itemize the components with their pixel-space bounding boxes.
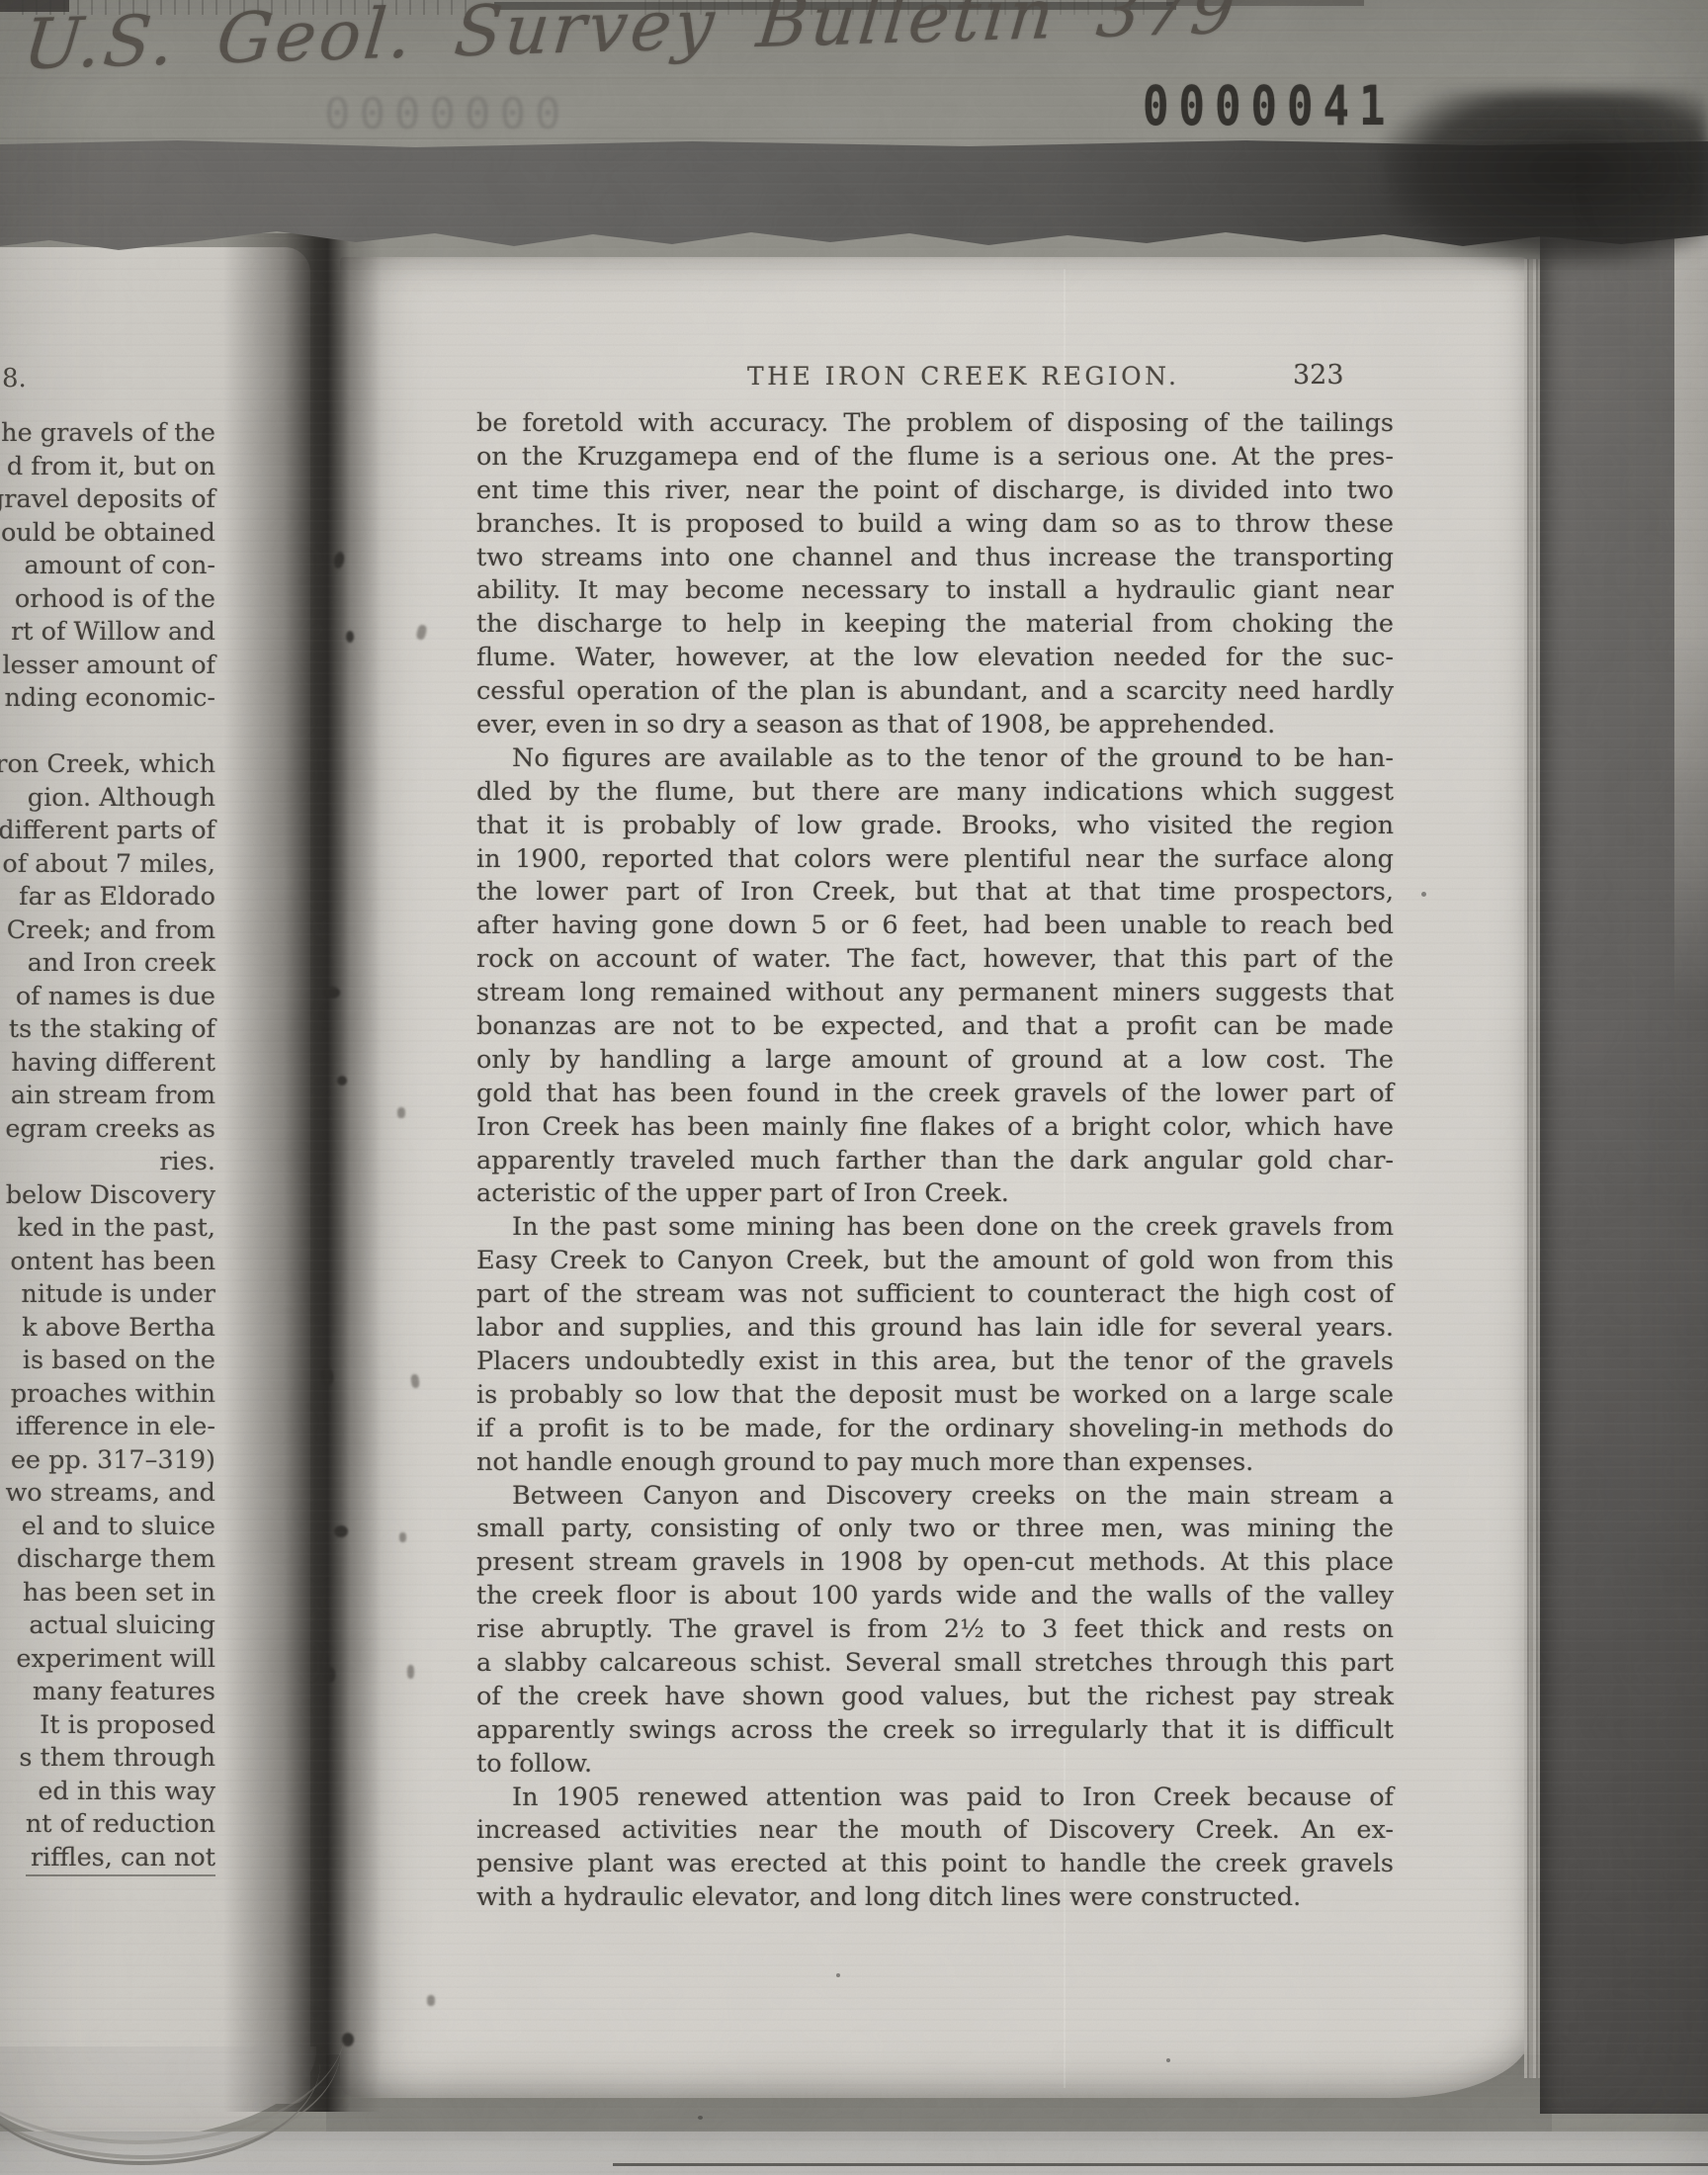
- ink-blob: [334, 1525, 348, 1537]
- ink-blob: [325, 1667, 335, 1683]
- body-line: rise abruptly. The gravel is from 2½ to …: [476, 1613, 1394, 1647]
- left-page-line: ked in the past,: [0, 1212, 215, 1246]
- body-line: present stream gravels in 1908 by open-c…: [476, 1546, 1394, 1580]
- body-line: cessful operation of the plan is abundan…: [476, 675, 1394, 709]
- body-line: branches. It is proposed to build a wing…: [476, 508, 1394, 542]
- left-page-line: could be obtained: [0, 517, 215, 551]
- body-line: the creek floor is about 100 yards wide …: [476, 1580, 1394, 1613]
- left-page-line: orhood is of the: [0, 583, 215, 617]
- left-page-line: discharge them: [0, 1543, 215, 1577]
- scanned-document-page: U.S. Geol. Survey Bulletin 379 0000000 0…: [0, 0, 1708, 2175]
- scan-speck: [698, 2116, 703, 2120]
- footnote-rule: [26, 1874, 215, 1876]
- left-page-line: nitude is under: [0, 1278, 215, 1312]
- left-page-line: amount of con-: [0, 550, 215, 583]
- left-page-line: It is proposed: [0, 1709, 215, 1743]
- left-page-line: wo streams, and: [0, 1477, 215, 1511]
- left-page-line: nt of reduction: [0, 1808, 215, 1842]
- body-line: if a profit is to be made, for the ordin…: [476, 1413, 1394, 1446]
- left-page-line: has been set in: [0, 1577, 215, 1610]
- margin-mark: [427, 1995, 435, 2006]
- left-page-line: gion. Although: [0, 782, 215, 816]
- left-page-line: lesser amount of: [0, 650, 215, 683]
- body-line: dled by the flume, but there are many in…: [476, 776, 1394, 810]
- body-line: ability. It may become necessary to inst…: [476, 574, 1394, 608]
- body-line: flume. Water, however, at the low elevat…: [476, 642, 1394, 675]
- body-line: is probably so low that the deposit must…: [476, 1379, 1394, 1413]
- body-line: two streams into one channel and thus in…: [476, 542, 1394, 575]
- body-text-column: be foretold with accuracy. The problem o…: [476, 407, 1394, 1915]
- left-page-line: ifference in ele-: [0, 1411, 215, 1444]
- body-line: In the past some mining has been done on…: [476, 1211, 1394, 1245]
- left-page-line: many features: [0, 1676, 215, 1709]
- left-page-line: of names is due: [0, 981, 215, 1014]
- left-page-line: [0, 716, 215, 749]
- left-page-text-column: he gravels of thed from it, but ongravel…: [0, 417, 215, 1874]
- scan-speck: [1166, 2058, 1170, 2062]
- body-line: labor and supplies, and this ground has …: [476, 1312, 1394, 1346]
- left-page-line: ries.: [0, 1146, 215, 1179]
- body-line: rock on account of water. The fact, howe…: [476, 943, 1394, 977]
- left-page-line: Creek; and from: [0, 914, 215, 948]
- body-line: stream long remained without any permane…: [476, 977, 1394, 1010]
- left-page-line: having different: [0, 1047, 215, 1081]
- body-line: gold that has been found in the creek gr…: [476, 1078, 1394, 1111]
- margin-mark: [407, 1665, 414, 1679]
- left-page-line: experiment will: [0, 1643, 215, 1677]
- left-page-line: far as Eldorado: [0, 881, 215, 914]
- left-page-line: proaches within: [0, 1378, 215, 1412]
- body-line: part of the stream was not sufficient to…: [476, 1278, 1394, 1312]
- ink-blob: [324, 987, 340, 999]
- body-line: pensive plant was erected at this point …: [476, 1848, 1394, 1881]
- body-line: be foretold with accuracy. The problem o…: [476, 407, 1394, 441]
- body-line: apparently traveled much farther than th…: [476, 1145, 1394, 1178]
- left-page-line: of about 7 miles,: [0, 848, 215, 882]
- body-line: not handle enough ground to pay much mor…: [476, 1446, 1394, 1480]
- left-page-line: egram creeks as: [0, 1113, 215, 1147]
- left-page-line: he gravels of the: [0, 417, 215, 451]
- bottom-edge-line: [613, 2163, 1708, 2166]
- left-page-line: d from it, but on: [0, 451, 215, 484]
- left-page-line: is based on the: [0, 1345, 215, 1378]
- left-page-line: different parts of: [0, 815, 215, 848]
- left-page-line: nding economic-: [0, 682, 215, 716]
- left-page-number-fragment: 8.: [2, 364, 27, 393]
- scan-speck: [836, 1973, 840, 1977]
- body-line: the lower part of Iron Creek, but that a…: [476, 876, 1394, 910]
- body-line: of the creek have shown good values, but…: [476, 1681, 1394, 1714]
- body-line: only by handling a large amount of groun…: [476, 1044, 1394, 1078]
- body-line: In 1905 renewed attention was paid to Ir…: [476, 1782, 1394, 1815]
- left-page-line: riffles, can not: [0, 1842, 215, 1875]
- body-line: Between Canyon and Discovery creeks on t…: [476, 1480, 1394, 1514]
- left-page-line: el and to sluice: [0, 1511, 215, 1544]
- body-line: apparently swings across the creek so ir…: [476, 1714, 1394, 1748]
- body-line: with a hydraulic elevator, and long ditc…: [476, 1881, 1394, 1915]
- left-page-line: ron Creek, which: [0, 748, 215, 782]
- body-line: bonanzas are not to be expected, and tha…: [476, 1010, 1394, 1044]
- running-head: THE IRON CREEK REGION.: [747, 362, 1179, 391]
- left-page-line: k above Bertha: [0, 1312, 215, 1346]
- gutter-shadow: [223, 233, 382, 2112]
- torn-band-dark-corner: [1382, 91, 1708, 267]
- body-line: that it is probably of low grade. Brooks…: [476, 810, 1394, 843]
- body-line: Placers undoubtedly exist in this area, …: [476, 1346, 1394, 1379]
- left-page-line: ain stream from: [0, 1080, 215, 1113]
- body-line: the discharge to help in keeping the mat…: [476, 608, 1394, 642]
- body-line: Easy Creek to Canyon Creek, but the amou…: [476, 1245, 1394, 1278]
- body-line: ever, even in so dry a season as that of…: [476, 709, 1394, 742]
- body-line: ent time this river, near the point of d…: [476, 475, 1394, 508]
- left-page-line: ts the staking of: [0, 1013, 215, 1047]
- serial-number-stamp: 0000041: [1143, 75, 1395, 138]
- ghost-stamp: 0000000: [324, 89, 569, 139]
- margin-mark: [397, 1107, 405, 1118]
- ink-blob: [342, 2033, 354, 2046]
- page-number: 323: [1293, 360, 1344, 391]
- ink-blob: [337, 1076, 347, 1086]
- body-line: in 1900, reported that colors were plent…: [476, 843, 1394, 877]
- left-page-line: and Iron creek: [0, 947, 215, 981]
- left-page-line: ed in this way: [0, 1776, 215, 1809]
- body-line: Iron Creek has been mainly fine flakes o…: [476, 1111, 1394, 1145]
- body-line: increased activities near the mouth of D…: [476, 1814, 1394, 1848]
- ink-blob: [346, 631, 354, 643]
- body-line: on the Kruzgamepa end of the flume is a …: [476, 441, 1394, 475]
- left-page-line: gravel deposits of: [0, 483, 215, 517]
- left-page-line: ee pp. 317–319): [0, 1444, 215, 1478]
- left-page-line: below Discovery: [0, 1179, 215, 1213]
- body-line: to follow.: [476, 1748, 1394, 1782]
- right-edge-light-strip: [1674, 233, 1708, 1004]
- scan-speck: [1232, 753, 1238, 758]
- left-page-line: ontent has been: [0, 1246, 215, 1279]
- body-line: acteristic of the upper part of Iron Cre…: [476, 1177, 1394, 1211]
- body-line: small party, consisting of only two or t…: [476, 1513, 1394, 1546]
- body-line: No figures are available as to the tenor…: [476, 742, 1394, 776]
- body-line: a slabby calcareous schist. Several smal…: [476, 1647, 1394, 1681]
- left-page-line: rt of Willow and: [0, 616, 215, 650]
- body-line: after having gone down 5 or 6 feet, had …: [476, 910, 1394, 943]
- margin-mark: [399, 1532, 406, 1542]
- left-page-line: s them through: [0, 1742, 215, 1776]
- left-page-line: actual sluicing: [0, 1609, 215, 1643]
- scan-speck: [1421, 892, 1426, 897]
